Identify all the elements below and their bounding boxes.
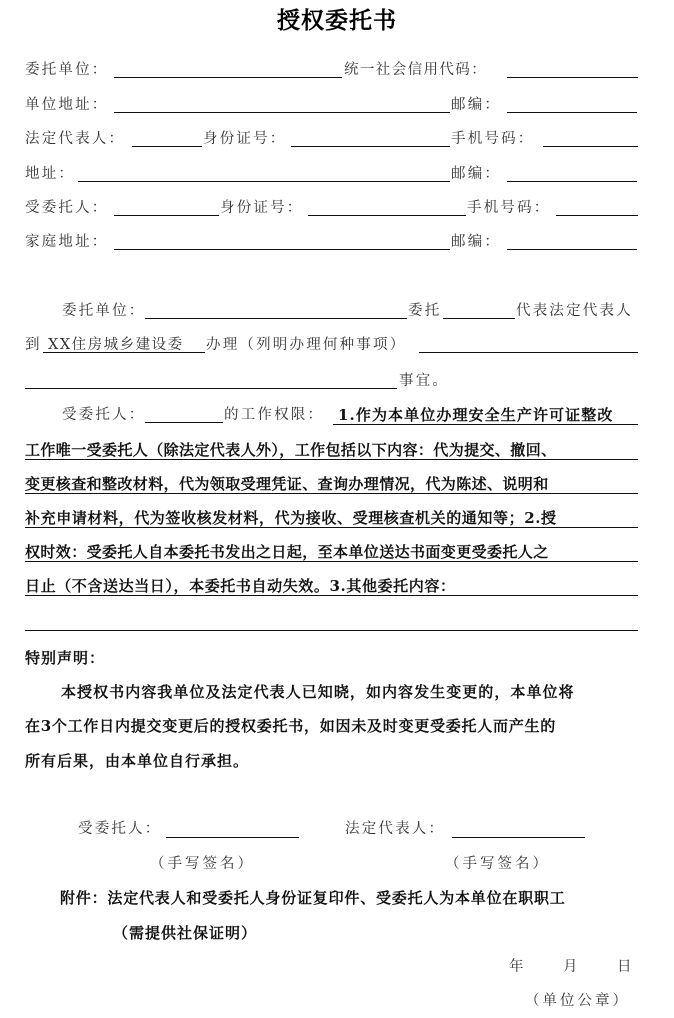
unit-seal-label: （单位公章）: [525, 991, 630, 1011]
signature-trustee-field[interactable]: [166, 837, 299, 838]
authority-line-3: 变更核查和整改材料，代为领取受理凭证、查询办理情况，代为陈述、说明和: [25, 474, 549, 494]
address-postcode-field[interactable]: [507, 181, 637, 182]
delegation-handle-text: 办理（列明办理何种事项）: [206, 335, 406, 355]
trustee-id-label: 身份证号：: [220, 198, 304, 218]
signature-trustee-label: 受委托人：: [78, 819, 162, 839]
trustee-field[interactable]: [114, 215, 219, 216]
home-postcode-field[interactable]: [507, 249, 637, 250]
trustee-id-field[interactable]: [308, 215, 466, 216]
authority-line-6: 日止（不含送达当日），本委托书自动失效。3.其他委托内容：: [25, 576, 456, 596]
handwritten-note-trustee: （手写签名）: [150, 854, 255, 874]
address-field[interactable]: [78, 181, 450, 182]
home-address-field[interactable]: [114, 249, 450, 250]
special-statement-line-1: 本授权书内容我单位及法定代表人已知晓，如内容发生变更的，本单位将: [61, 682, 575, 702]
document-title: 授权委托书: [0, 2, 674, 35]
delegation-trustee-field[interactable]: [443, 318, 515, 319]
legal-rep-id-label: 身份证号：: [203, 129, 287, 149]
legal-rep-field[interactable]: [132, 146, 202, 147]
legal-rep-mobile-field[interactable]: [543, 146, 638, 147]
authority-underline-1: [333, 424, 638, 425]
delegation-entrust-text: 委托: [408, 301, 441, 321]
attachment-line-2: （需提供社保证明）: [113, 923, 257, 943]
special-statement-heading: 特别声明：: [25, 648, 105, 668]
attachment-line-1: 附件：法定代表人和受委托人身份证复印件、受委托人为本单位在职职工: [60, 888, 566, 908]
authority-underline-3: [25, 493, 638, 494]
unit-postcode-field[interactable]: [507, 112, 637, 113]
handwritten-note-legal-rep: （手写签名）: [445, 854, 550, 874]
entrusting-unit-field[interactable]: [114, 77, 342, 78]
authority-scope-label: 的工作权限：: [224, 405, 324, 425]
credit-code-field[interactable]: [507, 77, 638, 78]
address-label: 地址：: [25, 164, 75, 184]
trustee-mobile-label: 手机号码：: [467, 198, 551, 218]
credit-code-label: 统一社会信用代码：: [344, 60, 487, 80]
agency-underline: [43, 352, 205, 353]
legal-rep-mobile-label: 手机号码：: [451, 129, 535, 149]
authority-underline-6[interactable]: [25, 595, 638, 596]
authority-underline-5: [25, 561, 638, 562]
unit-address-label: 单位地址：: [25, 95, 109, 115]
home-address-label: 家庭地址：: [25, 232, 109, 252]
authority-underline-4: [25, 527, 638, 528]
signature-legal-rep-field[interactable]: [452, 837, 585, 838]
special-statement-line-3: 所有后果，由本单位自行承担。: [25, 751, 249, 771]
home-postcode-label: 邮编：: [451, 232, 501, 252]
unit-postcode-label: 邮编：: [451, 95, 501, 115]
matters-field-line1[interactable]: [419, 352, 638, 353]
date-day-label: 日: [617, 957, 634, 977]
authority-underline-2: [25, 459, 638, 460]
special-statement-line-2: 在3个工作日内提交变更后的授权委托书，如因未及时变更受委托人而产生的: [25, 716, 556, 736]
delegation-matters-text: 事宜。: [399, 371, 449, 391]
signature-legal-rep-label: 法定代表人：: [345, 819, 445, 839]
entrusting-unit-label: 委托单位：: [25, 60, 109, 80]
delegation-represent-text: 代表法定代表人: [516, 301, 633, 321]
trustee-label: 受委托人：: [25, 198, 109, 218]
authority-line-5: 权时效：受委托人自本委托书发出之日起，至本单位送达书面变更受委托人之: [25, 542, 549, 562]
authority-trustee-field[interactable]: [145, 422, 223, 423]
delegation-unit-field[interactable]: [145, 318, 407, 319]
authority-line-2: 工作唯一受委托人（除法定代表人外），工作包括以下内容：代为提交、撤回、: [25, 440, 557, 460]
authority-trustee-label: 受委托人：: [62, 405, 146, 425]
address-postcode-label: 邮编：: [451, 164, 501, 184]
authority-line-4: 补充申请材料，代为签收核发材料，代为接收、受理核查机关的通知等；2.授: [25, 508, 557, 528]
delegation-to-text: 到: [25, 335, 42, 355]
date-year-label: 年: [509, 957, 526, 977]
legal-rep-id-field[interactable]: [291, 146, 450, 147]
other-content-field[interactable]: [25, 630, 638, 631]
unit-address-field[interactable]: [114, 112, 450, 113]
matters-field-line2[interactable]: [25, 388, 397, 389]
date-month-label: 月: [563, 957, 580, 977]
delegation-unit-label: 委托单位：: [62, 301, 146, 321]
authority-line-1: 1.作为本单位办理安全生产许可证整改: [338, 405, 613, 425]
trustee-mobile-field[interactable]: [556, 215, 638, 216]
legal-rep-label: 法定代表人：: [25, 129, 125, 149]
